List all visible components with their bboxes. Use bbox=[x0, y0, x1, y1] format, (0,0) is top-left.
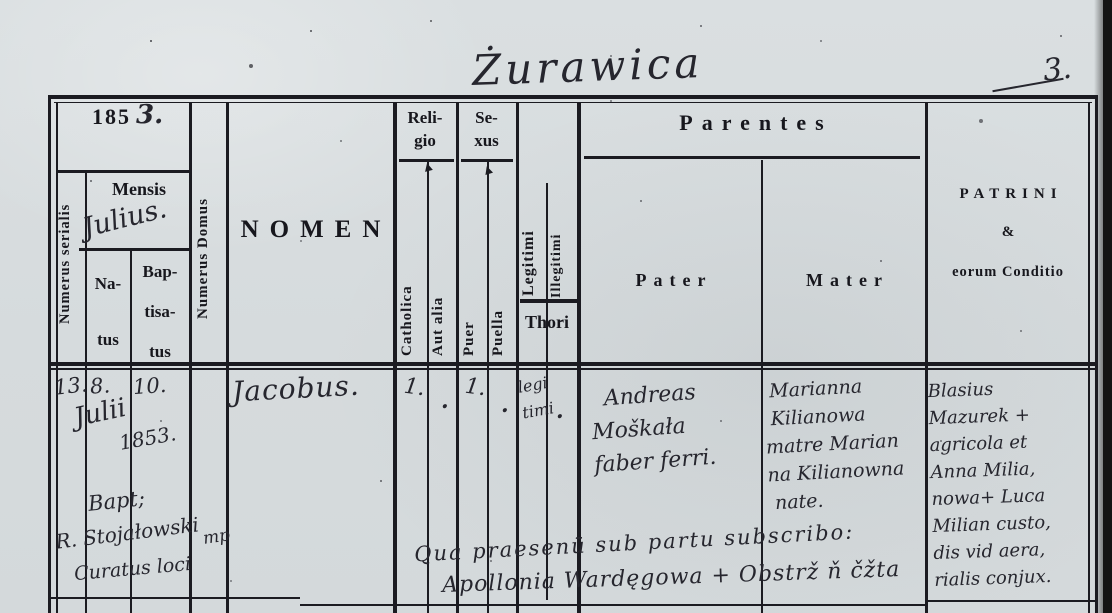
row-divider-left bbox=[48, 597, 300, 599]
record-catholica: 1. bbox=[402, 374, 426, 402]
column-header-sexus: Se- xus bbox=[458, 106, 515, 152]
column-header-mensis: Mensis bbox=[90, 179, 188, 200]
column-header-patrini-sub: eorum Conditio bbox=[928, 264, 1088, 281]
row-divider-middle bbox=[300, 604, 925, 606]
record-mater: Marianna Kilianowa matre Marian na Kilia… bbox=[762, 371, 906, 518]
midwife-note-line2: Apollonia Wardęgowa + Obstrž ň čžta bbox=[442, 557, 901, 598]
record-baptisatus-day: 10. bbox=[132, 373, 167, 399]
column-header-legitimi: Legitimi bbox=[520, 170, 546, 296]
column-header-illegitimi: Illegitimi bbox=[549, 160, 575, 298]
record-baptisatus-month: Julii bbox=[71, 393, 128, 433]
column-header-numerus-domus: Numerus Domus bbox=[195, 168, 224, 350]
record-numerus-serialis: 13. bbox=[53, 372, 89, 399]
baptizer-title: Curatus loci bbox=[73, 553, 192, 585]
page-title: Żurawica bbox=[471, 38, 704, 95]
column-header-mater: Mater bbox=[763, 270, 925, 291]
year-handwritten: 3. bbox=[136, 100, 163, 130]
column-header-baptisatus: Bap- tisa- tus bbox=[133, 252, 187, 372]
column-header-catholica: Catholica bbox=[399, 188, 426, 356]
record-patrini: Blasius Mazurek + agricola et Anna Milia… bbox=[927, 374, 1053, 594]
bracket-thori bbox=[520, 299, 577, 303]
column-header-pater: Pater bbox=[580, 270, 761, 291]
arrow-icon bbox=[483, 165, 493, 175]
table-border-right-inner bbox=[1088, 102, 1090, 613]
header-bottom-thick bbox=[48, 362, 1096, 366]
record-puella: . bbox=[501, 392, 509, 418]
arrow-icon bbox=[423, 162, 433, 172]
underline-parentes bbox=[584, 156, 920, 159]
table-border-top-outer bbox=[48, 95, 1098, 99]
column-header-parentes: Parentes bbox=[578, 110, 925, 136]
column-header-puer: Puer bbox=[461, 286, 486, 356]
paper-speckles bbox=[150, 40, 152, 42]
column-header-thori: Thori bbox=[516, 312, 578, 333]
scan-edge bbox=[1103, 0, 1112, 613]
column-header-numerus-serialis: Numerus serialis bbox=[57, 178, 84, 350]
underline-sexus bbox=[461, 159, 513, 162]
column-header-religio: Reli- gio bbox=[395, 106, 455, 152]
column-header-nomen: NOMEN bbox=[228, 216, 393, 244]
column-header-puella: Puella bbox=[490, 268, 515, 356]
column-header-natus: Na- tus bbox=[87, 256, 129, 368]
border-patrini-left bbox=[925, 102, 928, 613]
midwife-note-line1: Qua praesenū sub partu subscribo: bbox=[414, 519, 855, 566]
table-border-top-inner bbox=[54, 102, 1092, 104]
record-thori: legi timi bbox=[516, 370, 556, 427]
baptizer-label: Bapt; bbox=[87, 486, 146, 516]
table-border-right-outer bbox=[1095, 95, 1098, 613]
record-puer: 1. bbox=[463, 374, 487, 402]
border-sexus-left bbox=[456, 102, 459, 613]
page-number: 3. bbox=[1041, 51, 1073, 89]
column-header-patrini: PATRINI bbox=[928, 186, 1088, 203]
record-pater: Andreas Moškała faber ferri. bbox=[589, 375, 718, 482]
underline-religio bbox=[399, 159, 454, 162]
record-thori-dot: . bbox=[556, 398, 564, 424]
underline-year bbox=[57, 170, 189, 173]
border-nomen-right bbox=[393, 102, 397, 613]
column-header-aut-alia: Aut alia bbox=[430, 240, 456, 356]
record-baptisatus-year: 1853. bbox=[117, 421, 178, 455]
year-printed: 185 bbox=[92, 104, 131, 130]
row-divider-right bbox=[925, 600, 1096, 602]
baptizer-mp: mp bbox=[202, 525, 232, 549]
header-bottom-thin bbox=[48, 368, 1096, 370]
record-nomen: Jacobus. bbox=[231, 369, 360, 409]
baptizer-name: R. Stojałowski bbox=[54, 512, 200, 553]
register-page: Żurawica 3. 185 3. Numerus serialis Mens… bbox=[0, 0, 1112, 613]
record-aut-alia: . bbox=[441, 388, 449, 414]
mensis-value: Julius. bbox=[80, 193, 170, 244]
underline-mensis bbox=[79, 248, 189, 251]
table-border-left-outer bbox=[48, 95, 51, 613]
column-header-patrini-amp: & bbox=[928, 224, 1088, 241]
